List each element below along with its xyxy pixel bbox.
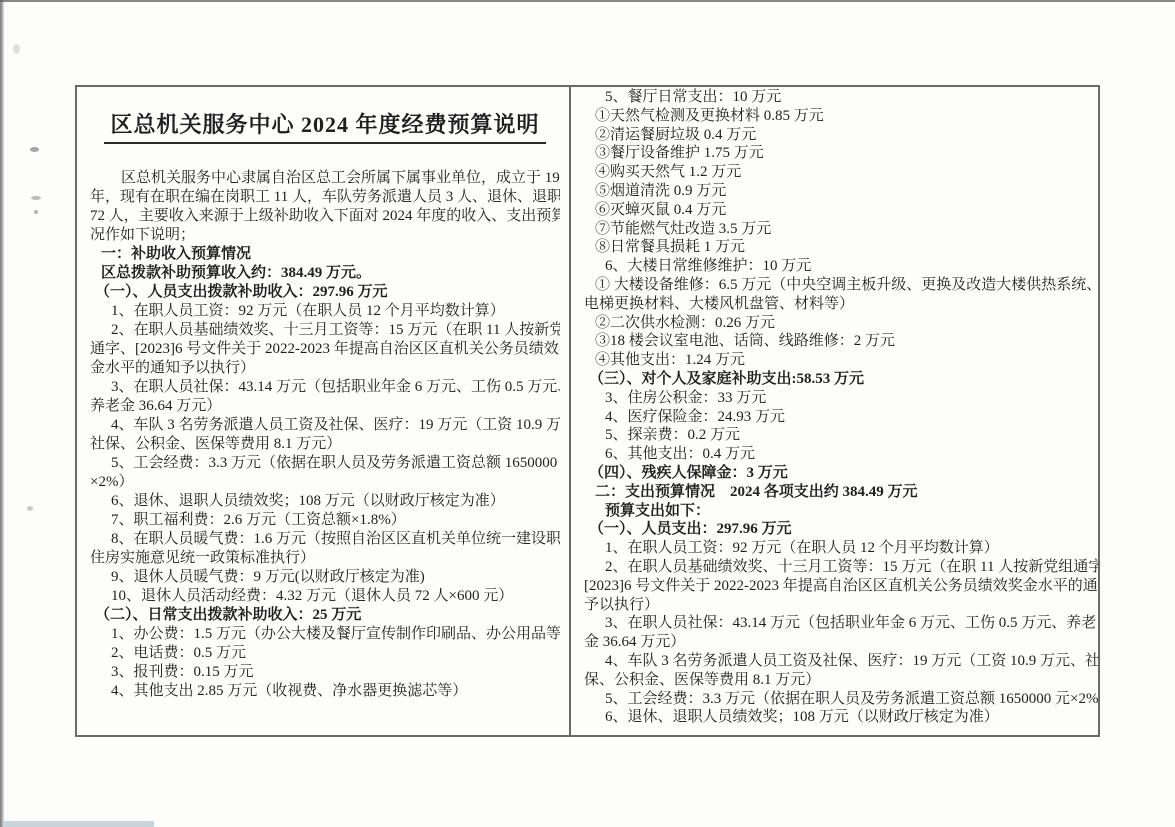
scanned-document-page: 区总机关服务中心 2024 年度经费预算说明 区总机关服务中心隶属自治区总工会所… <box>0 0 1175 827</box>
text-line: 区总拨款补助预算收入约：384.49 万元。 <box>90 264 560 283</box>
text-line: 预算支出如下： <box>584 502 1098 521</box>
scan-edge-bottom <box>4 821 154 827</box>
text-line: （四）、残疾人保障金：3 万元 <box>584 464 1098 483</box>
text-line: 4、车队 3 名劳务派遣人员工资及社保、医疗：19 万元（工资 10.9 万元、 <box>90 416 560 435</box>
text-line: 6、大楼日常维修维护：10 万元 <box>584 257 1098 276</box>
text-line: ③18 楼会议室电池、话筒、线路维修：2 万元 <box>584 332 1098 351</box>
text-line: 2、电话费：0.5 万元 <box>90 644 560 663</box>
text-line: 金 36.64 万元） <box>584 633 1098 652</box>
text-line: 10、退休人员活动经费：4.32 万元（退休人员 72 人×600 元） <box>90 587 560 606</box>
text-line: （三）、对个人及家庭补助支出:58.53 万元 <box>584 370 1098 389</box>
text-line: 2、在职人员基础绩效奖、十三月工资等：15 万元（在职 11 人按新党组通字、 <box>584 558 1098 577</box>
right-column-lines: 5、餐厅日常支出：10 万元①天然气检测及更换材料 0.85 万元②清运餐厨垃圾… <box>584 88 1098 727</box>
text-line: 住房实施意见统一政策标准执行） <box>90 549 560 568</box>
text-line: ⑧日常餐具损耗 1 万元 <box>584 238 1098 257</box>
text-line: 5、工会经费：3.3 万元（依据在职人员及劳务派遣工资总额 1650000 元×… <box>584 690 1098 709</box>
text-line: ④其他支出：1.24 万元 <box>584 351 1098 370</box>
text-line: 2、在职人员基础绩效奖、十三月工资等：15 万元（在职 11 人按新党组 <box>90 321 560 340</box>
text-line: 3、报刊费：0.15 万元 <box>90 663 560 682</box>
scan-artifact <box>34 210 38 214</box>
right-column: 5、餐厅日常支出：10 万元①天然气检测及更换材料 0.85 万元②清运餐厨垃圾… <box>584 88 1098 733</box>
text-line: 1、在职人员工资：92 万元（在职人员 12 个月平均数计算） <box>90 302 560 321</box>
text-line: 4、车队 3 名劳务派遣人员工资及社保、医疗：19 万元（工资 10.9 万元、… <box>584 652 1098 671</box>
text-line: （一）、人员支出：297.96 万元 <box>584 520 1098 539</box>
text-line: ×2%） <box>90 473 560 492</box>
text-line: ⑤烟道清洗 0.9 万元 <box>584 182 1098 201</box>
document-title-text: 区总机关服务中心 2024 年度经费预算说明 <box>104 112 545 144</box>
text-line: 5、餐厅日常支出：10 万元 <box>584 88 1098 107</box>
text-line: 6、退休、退职人员绩效奖；108 万元（以财政厅核定为准） <box>90 492 560 511</box>
text-line: 3、在职人员社保：43.14 万元（包括职业年金 6 万元、工伤 0.5 万元、 <box>90 378 560 397</box>
text-line: ⑦节能燃气灶改造 3.5 万元 <box>584 220 1098 239</box>
text-line: ⑥灭蟑灭鼠 0.4 万元 <box>584 201 1098 220</box>
scan-artifact <box>30 147 39 152</box>
text-line: ① 大楼设备维修：6.5 万元（中央空调主板升级、更换及改造大楼供热系统、 <box>584 276 1098 295</box>
text-line: 1、在职人员工资：92 万元（在职人员 12 个月平均数计算） <box>584 539 1098 558</box>
text-line: 4、其他支出 2.85 万元（收视费、净水器更换滤芯等） <box>90 682 560 701</box>
text-line: 1、办公费：1.5 万元（办公大楼及餐厅宣传制作印刷品、办公用品等） <box>90 625 560 644</box>
text-line: ②清运餐厨垃圾 0.4 万元 <box>584 126 1098 145</box>
text-line: （二）、日常支出拨款补助收入：25 万元 <box>90 606 560 625</box>
text-line: [2023]6 号文件关于 2022-2023 年提高自治区区直机关公务员绩效奖… <box>584 577 1098 596</box>
text-line: 社保、公积金、医保等费用 8.1 万元） <box>90 435 560 454</box>
text-line: 72 人，主要收入来源于上级补助收入下面对 2024 年度的收入、支出预算情 <box>90 207 560 226</box>
text-line: ③餐厅设备维护 1.75 万元 <box>584 144 1098 163</box>
text-line: 4、医疗保险金：24.93 万元 <box>584 408 1098 427</box>
left-column: 区总机关服务中心 2024 年度经费预算说明 区总机关服务中心隶属自治区总工会所… <box>90 108 560 728</box>
text-line: （一）、人员支出拨款补助收入：297.96 万元 <box>90 283 560 302</box>
text-line: 养老金 36.64 万元） <box>90 397 560 416</box>
text-line: 电梯更换材料、大楼风机盘管、材料等） <box>584 295 1098 314</box>
scan-artifact <box>31 196 41 200</box>
scan-edge-top <box>0 0 1175 2</box>
text-line: 二：支出预算情况 2024 各项支出约 384.49 万元 <box>584 483 1098 502</box>
text-line: 况作如下说明； <box>90 226 560 245</box>
text-line: 予以执行） <box>584 596 1098 615</box>
scan-artifact <box>27 506 33 511</box>
text-line: 3、住房公积金：33 万元 <box>584 389 1098 408</box>
scan-artifact <box>13 44 20 54</box>
text-line: 区总机关服务中心隶属自治区总工会所属下属事业单位，成立于 1997 <box>90 169 560 188</box>
text-line: 一：补助收入预算情况 <box>90 245 560 264</box>
text-line: ④购买天然气 1.2 万元 <box>584 163 1098 182</box>
text-line: 9、退休人员暖气费：9 万元(以财政厅核定为准) <box>90 568 560 587</box>
text-line: 5、工会经费：3.3 万元（依据在职人员及劳务派遣工资总额 1650000 元 <box>90 454 560 473</box>
text-line: 金水平的通知予以执行） <box>90 359 560 378</box>
text-line: ②二次供水检测：0.26 万元 <box>584 314 1098 333</box>
column-divider <box>569 85 571 737</box>
text-line: 3、在职人员社保：43.14 万元（包括职业年金 6 万元、工伤 0.5 万元、… <box>584 614 1098 633</box>
document-title: 区总机关服务中心 2024 年度经费预算说明 <box>90 108 560 145</box>
text-line: 8、在职人员暖气费：1.6 万元（按照自治区区直机关单位统一建设职工 <box>90 530 560 549</box>
text-line: 保、公积金、医保等费用 8.1 万元） <box>584 671 1098 690</box>
text-line: 通字、[2023]6 号文件关于 2022-2023 年提高自治区区直机关公务员… <box>90 340 560 359</box>
text-line: 6、其他支出：0.4 万元 <box>584 445 1098 464</box>
scan-edge-left <box>0 0 4 827</box>
text-line: 7、职工福利费：2.6 万元（工资总额×1.8%） <box>90 511 560 530</box>
text-line: 5、探亲费：0.2 万元 <box>584 426 1098 445</box>
text-line: ①天然气检测及更换材料 0.85 万元 <box>584 107 1098 126</box>
left-column-lines: 区总机关服务中心隶属自治区总工会所属下属事业单位，成立于 1997年，现有在职在… <box>90 169 560 701</box>
text-line: 6、退休、退职人员绩效奖；108 万元（以财政厅核定为准） <box>584 708 1098 727</box>
text-line: 年，现有在职在编在岗职工 11 人，车队劳务派遣人员 3 人、退休、退职人员 <box>90 188 560 207</box>
